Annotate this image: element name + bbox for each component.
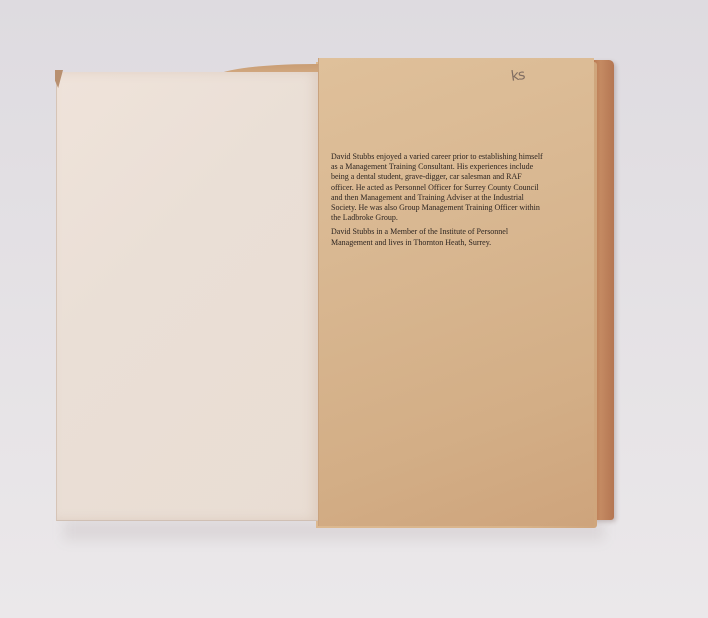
handwritten-note: ks — [510, 67, 526, 85]
torn-corner — [55, 70, 63, 88]
left-page — [56, 72, 319, 521]
author-bio: David Stubbs enjoyed a varied career pri… — [331, 152, 546, 252]
bio-paragraph: David Stubbs in a Member of the Institut… — [331, 227, 546, 247]
bio-paragraph: David Stubbs enjoyed a varied career pri… — [331, 152, 546, 223]
book-photo: ks David Stubbs enjoyed a varied career … — [0, 0, 708, 618]
right-page — [318, 58, 594, 526]
